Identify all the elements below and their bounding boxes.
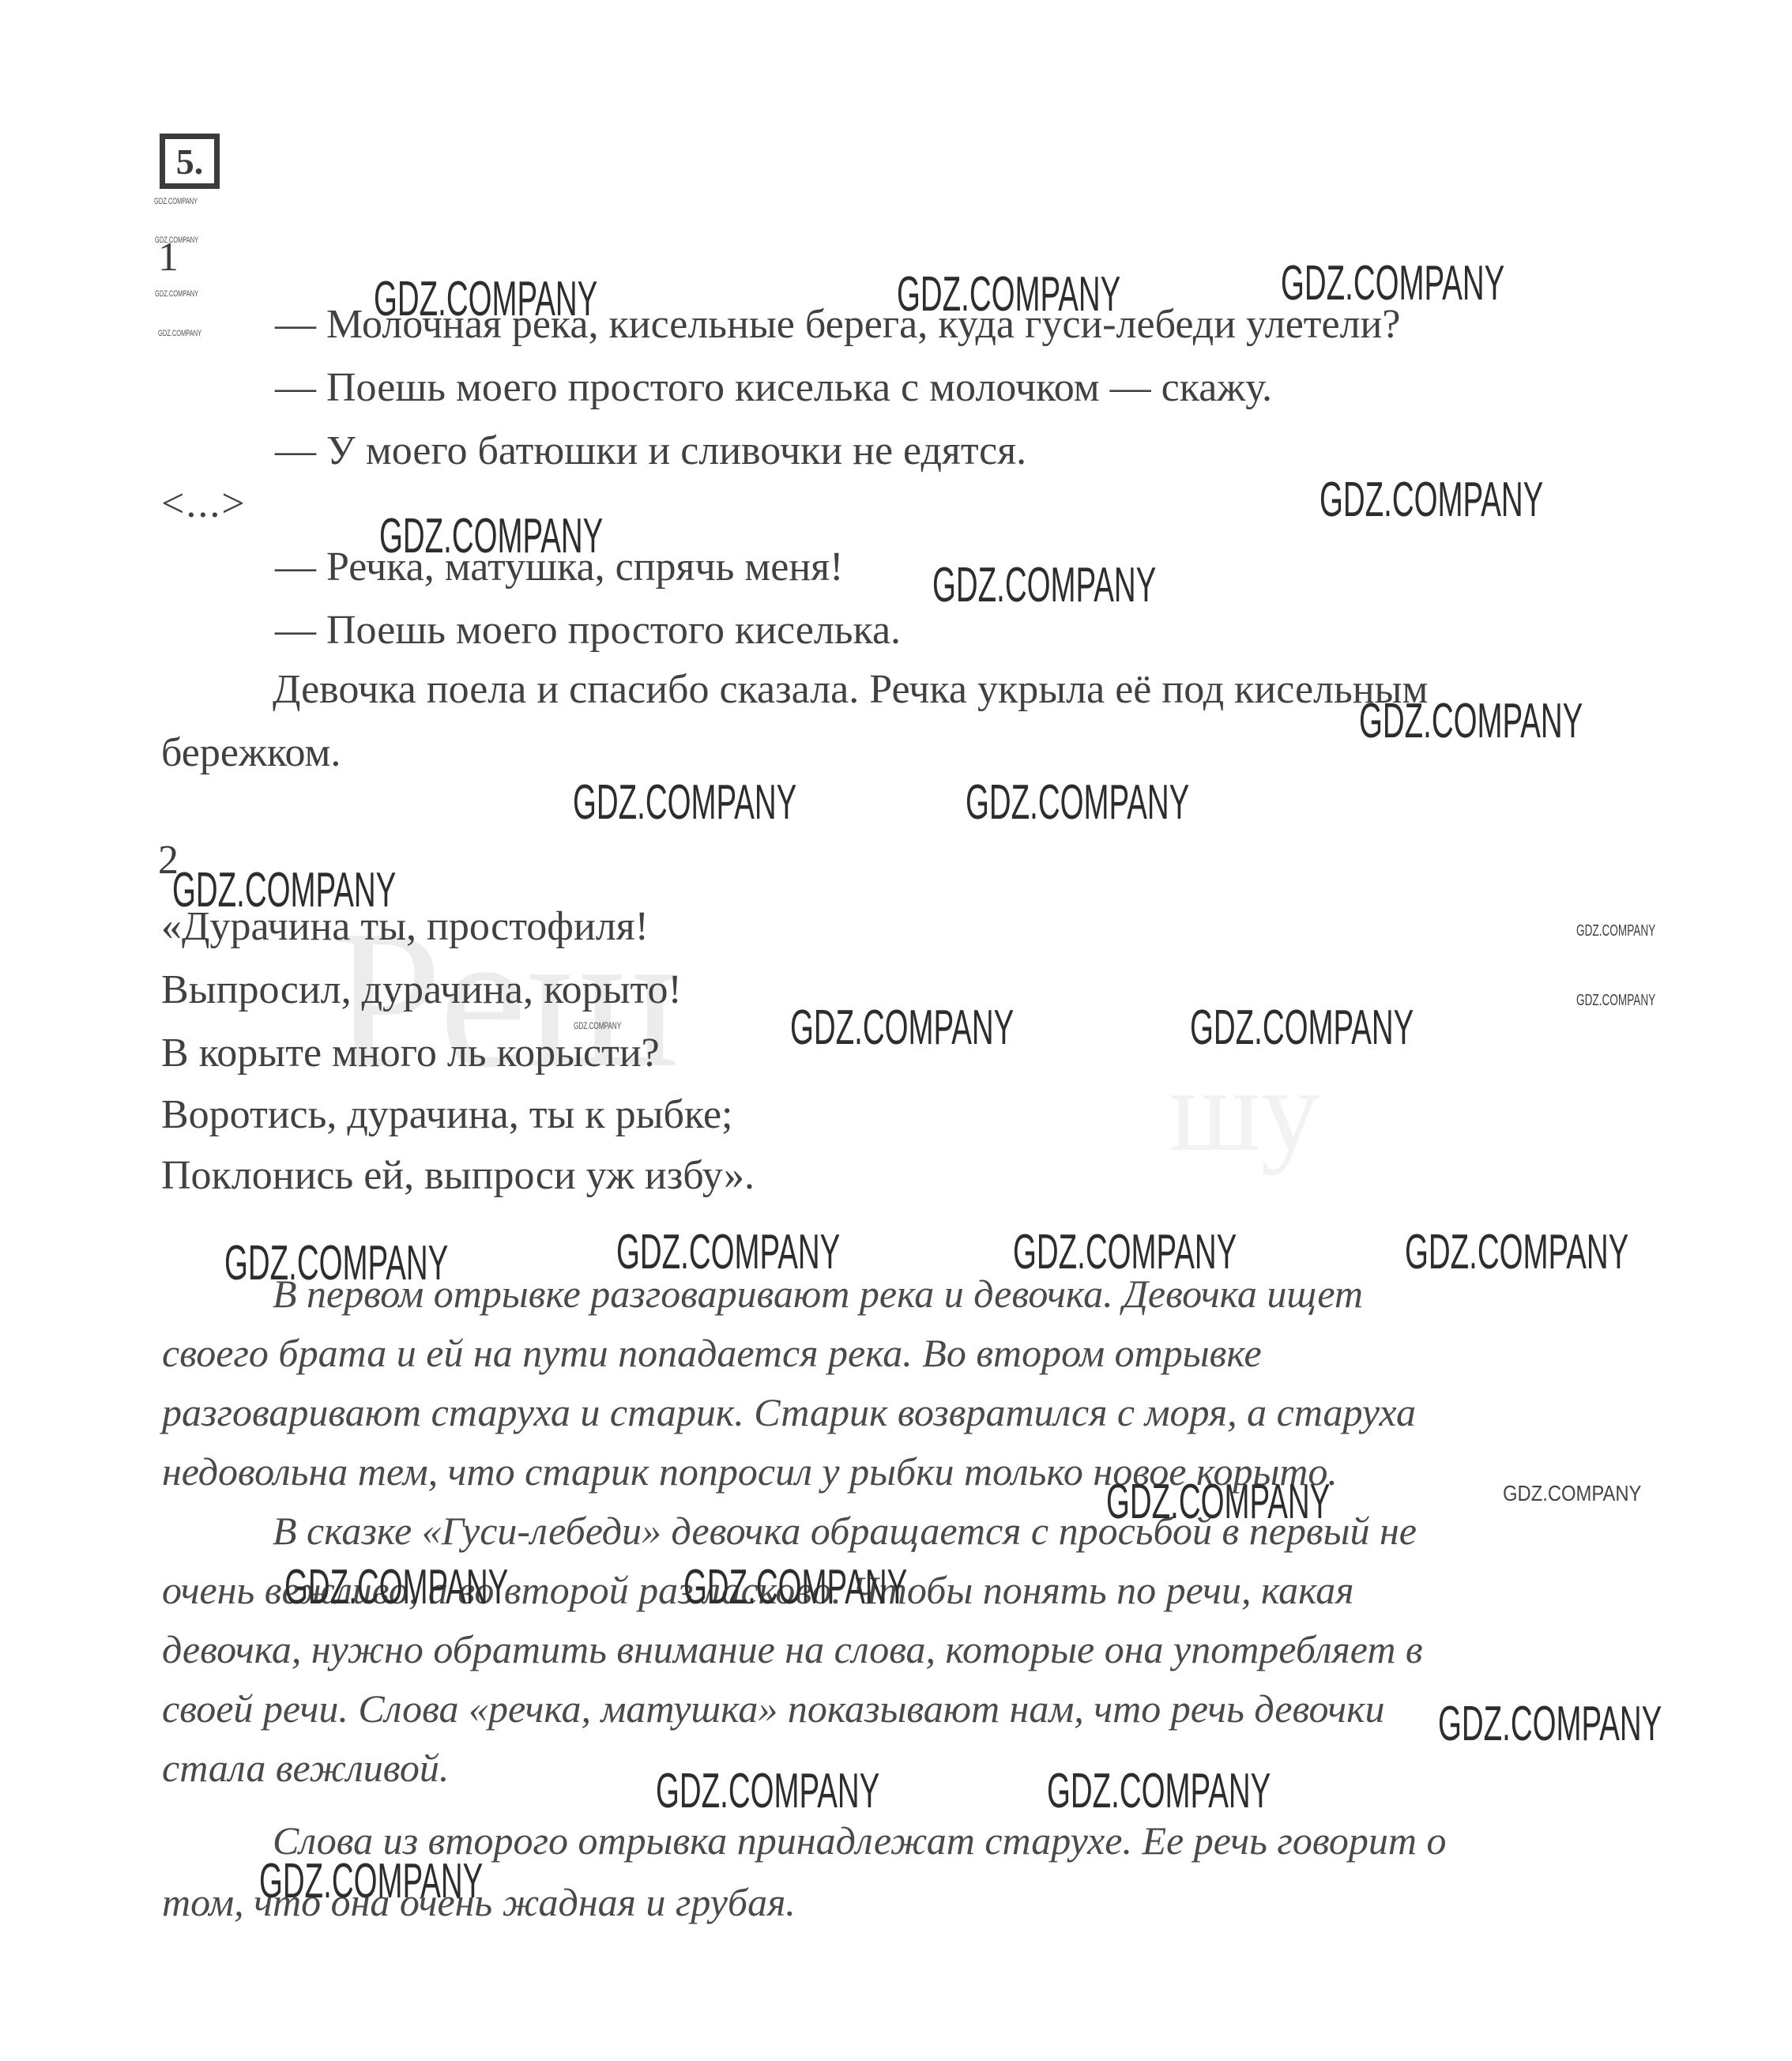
watermark-gdz: GDZ.COMPANY: [1190, 1004, 1414, 1053]
poem-line: Выпросил, дурачина, корыто!: [161, 970, 682, 1011]
watermark-gdz: GDZ.COMPANY: [172, 866, 396, 915]
answer-line: разговаривают старуха и старик. Старик в…: [162, 1392, 1416, 1432]
watermark-gdz: GDZ.COMPANY: [1047, 1767, 1271, 1816]
watermark-gdz: GDZ.COMPANY: [897, 270, 1120, 319]
watermark-gdz: GDZ.COMPANY: [616, 1228, 840, 1277]
poem-line: В корыте много ль корысти?: [161, 1033, 660, 1074]
watermark-gdz: GDZ.COMPANY: [155, 290, 198, 299]
watermark-gdz: GDZ.COMPANY: [1405, 1228, 1628, 1277]
watermark-gdz: GDZ.COMPANY: [224, 1239, 448, 1288]
answer-line: своего брата и ей на пути попадается рек…: [162, 1333, 1262, 1373]
watermark-gdz: GDZ.COMPANY: [1438, 1700, 1662, 1749]
watermark-gdz: GDZ.COMPANY: [259, 1857, 483, 1906]
watermark-gdz: GDZ.COMPANY: [1106, 1478, 1330, 1527]
watermark-gdz: GDZ.COMPANY: [158, 330, 201, 338]
watermark-gdz: GDZ.COMPANY: [790, 1004, 1014, 1053]
watermark-gdz: GDZ.COMPANY: [1281, 259, 1504, 308]
answer-line: стала вежливой.: [162, 1748, 449, 1788]
watermark-gdz: GDZ.COMPANY: [932, 561, 1156, 610]
watermark-gdz: GDZ.COMPANY: [379, 512, 603, 561]
omission-mark: <...>: [161, 484, 247, 525]
section-number-1: 1: [158, 237, 179, 278]
answer-line: девочка, нужно обратить внимание на слов…: [162, 1630, 1423, 1669]
watermark-gdz: GDZ.COMPANY: [284, 1563, 508, 1612]
dialogue-line: — Поешь моего простого киселька.: [275, 610, 901, 651]
watermark-gdz: GDZ.COMPANY: [1503, 1483, 1641, 1505]
document-page: Реш шу 5. GDZ.COMPANY GDZ.COMPANY GDZ.CO…: [0, 0, 1792, 2061]
poem-line: Поклонись ей, выпроси уж избу».: [161, 1155, 755, 1196]
answer-line: своей речи. Слова «речка, матушка» показ…: [162, 1689, 1384, 1728]
poem-line: Воротись, дурачина, ты к рыбке;: [161, 1095, 733, 1136]
watermark-gdz: GDZ.COMPANY: [966, 778, 1189, 827]
narration-line: Девочка поела и спасибо сказала. Речка у…: [273, 669, 1428, 710]
task-number-box: 5.: [160, 134, 220, 189]
watermark-gdz: GDZ.COMPANY: [656, 1767, 879, 1816]
dialogue-line: — Поешь моего простого киселька с молочк…: [275, 367, 1272, 409]
watermark-gdz: GDZ.COMPANY: [154, 198, 198, 206]
task-number: 5.: [176, 141, 204, 183]
watermark-gdz: GDZ.COMPANY: [1013, 1228, 1237, 1277]
ghost-watermark: шу: [1169, 1051, 1320, 1170]
watermark-gdz: GDZ.COMPANY: [374, 275, 597, 324]
narration-line: бережком.: [161, 733, 341, 774]
watermark-gdz: GDZ.COMPANY: [1576, 923, 1655, 939]
watermark-gdz: GDZ.COMPANY: [574, 1021, 621, 1030]
dialogue-line: — У моего батюшки и сливочки не едятся.: [275, 431, 1026, 472]
watermark-gdz: GDZ.COMPANY: [683, 1563, 907, 1612]
watermark-gdz: GDZ.COMPANY: [1359, 697, 1583, 746]
watermark-gdz: GDZ.COMPANY: [1320, 476, 1543, 525]
watermark-gdz: GDZ.COMPANY: [573, 778, 796, 827]
watermark-gdz: GDZ.COMPANY: [1576, 993, 1655, 1008]
